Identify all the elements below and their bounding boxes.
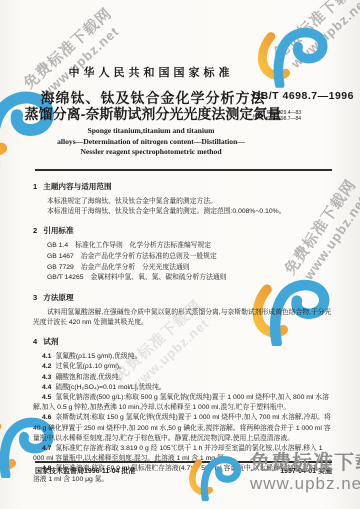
watermark-site-name: 免费标准下载网 (21, 5, 117, 94)
clause-item: 4.5氢氧化钠溶液(500 g/L):称取 500 g 氢氧化钠(优级纯)置于 … (33, 393, 333, 413)
reference-code: GB/T 14265 (47, 274, 84, 281)
section-number: 1 (33, 182, 37, 191)
section-1-heading: 1主题内容与适用范围 (33, 181, 333, 192)
footer-divider (35, 461, 332, 463)
reference-title: 冶金产品化学分析 分光光度法通则 (81, 264, 190, 271)
replaced-standards: 代替 GB 3829.4—83 GB 4698.7—84 (252, 110, 301, 122)
title-en-line1: Sponge titanium,titanium and titanium (0, 126, 302, 137)
section-number: 2 (33, 226, 37, 235)
paragraph: 本标准规定了海绵钛、钛及钛合金中氮含量的测定方法。 (33, 197, 333, 207)
clause-item: 4.6奈斯勒试剂:称取 150 g 氢氧化钾(优级纯)置于 1 000 ml 烧… (33, 413, 333, 444)
implementation-date: 1997-04-01 实施 (280, 466, 332, 476)
reference-item: GB 7729冶金产品化学分析 分光光度法通则 (47, 263, 333, 274)
paragraph: 本标准适用于海绵钛、钛及钛合金中氮含量的测定。测定范围:0.008%~0.10%… (33, 207, 333, 217)
clause-text: 硫酸[c(H₂SO₄)=0.01 mol/L],优级纯。 (55, 384, 165, 391)
clause-text: 硼酸饱和溶液,优级纯。 (55, 374, 125, 381)
clause-number: 4.2 (42, 363, 51, 370)
clause-item: 4.1氢氟酸(ρ1.15 g/ml),优级纯。 (33, 352, 333, 362)
clause-number: 4.7 (42, 445, 51, 452)
standard-document-page: 免费标准下载网 www.upbz.net 免费标准下载网 www.upbz.ne… (0, 0, 360, 509)
reference-code: GB 7729 (47, 264, 74, 271)
section-title: 主题内容与适用范围 (43, 182, 111, 191)
reference-item: GB 1.4标准化工作导则 化学分析方法标准编写规定 (47, 241, 333, 252)
clause-text: 氮标准贮存溶液:称取 3.819 0 g 经 105℃烘干 1 h 并冷却至室温… (33, 445, 322, 462)
reference-title: 标准化工作导则 化学分析方法标准编写规定 (75, 242, 211, 249)
clause-number: 4.5 (42, 394, 51, 401)
paragraph: 试料用氢氟酸溶解,在强碱性介质中氮以氨的形式蒸馏分离,与奈斯勒试剂形成黄色络合物… (33, 308, 333, 328)
section-4-heading: 4试剂 (33, 336, 333, 347)
reference-item: GB 1467冶金产品化学分析方法标准的总则及一般规定 (47, 252, 333, 263)
clause-item: 4.2过氧化氢(ρ1.10 g/ml)。 (33, 362, 333, 372)
section-number: 3 (33, 293, 37, 302)
section-number: 4 (33, 337, 37, 346)
reference-title: 金属材料中氢、氧、氮、碳和硫分析方法通则 (91, 274, 227, 281)
title-en-line3: Nessler reagent spectrophotometric metho… (0, 147, 302, 158)
reference-code: GB 1467 (47, 253, 74, 260)
clause-number: 4.4 (42, 384, 51, 391)
section-2-heading: 2引用标准 (33, 225, 333, 236)
header-divider (35, 169, 332, 171)
section-title: 试剂 (43, 337, 58, 346)
replaced-standard-2: GB 4698.7—84 (267, 116, 301, 122)
clause-item: 4.3硼酸饱和溶液,优级纯。 (33, 373, 333, 383)
reference-item: GB/T 14265金属材料中氢、氧、氮、碳和硫分析方法通则 (47, 273, 333, 284)
approval-info: 国家技术监督局1996-11-04 批准 (35, 466, 135, 476)
clause-number: 4.1 (42, 353, 51, 360)
section-title: 引用标准 (43, 226, 73, 235)
title-en-line2: alloys—Determination of nitrogen content… (0, 137, 302, 148)
clause-text: 氢氧化钠溶液(500 g/L):称取 500 g 氢氧化钠(优级纯)置于 1 0… (33, 394, 329, 411)
clause-text: 氢氟酸(ρ1.15 g/ml),优级纯。 (55, 353, 141, 360)
section-title: 方法原理 (43, 293, 73, 302)
reference-title: 冶金产品化学分析方法标准的总则及一般规定 (81, 253, 217, 260)
clause-item: 4.4硫酸[c(H₂SO₄)=0.01 mol/L],优级纯。 (33, 383, 333, 393)
standard-number: GB/T 4698.7—1996 (252, 90, 354, 102)
section-3-heading: 3方法原理 (33, 292, 333, 303)
document-body: 1主题内容与适用范围 本标准规定了海绵钛、钛及钛合金中氮含量的测定方法。 本标准… (33, 176, 333, 485)
replaces-label: 代替 (252, 112, 264, 121)
watermark-site-name: 免费标准下载网 (271, 0, 360, 64)
clause-text: 过氧化氢(ρ1.10 g/ml)。 (55, 363, 125, 370)
reference-code: GB 1.4 (47, 242, 68, 249)
clause-number: 4.6 (42, 414, 51, 421)
clause-text: 奈斯勒试剂:称取 150 g 氢氧化钾(优级纯)置于 1 000 ml 烧杯中,… (33, 414, 331, 441)
clause-number: 4.3 (42, 374, 51, 381)
national-standard-label: 中华人民共和国国家标准 (0, 64, 302, 80)
document-title-en: Sponge titanium,titanium and titanium al… (0, 126, 302, 158)
footer: 国家技术监督局1996-11-04 批准 1997-04-01 实施 (35, 466, 332, 476)
